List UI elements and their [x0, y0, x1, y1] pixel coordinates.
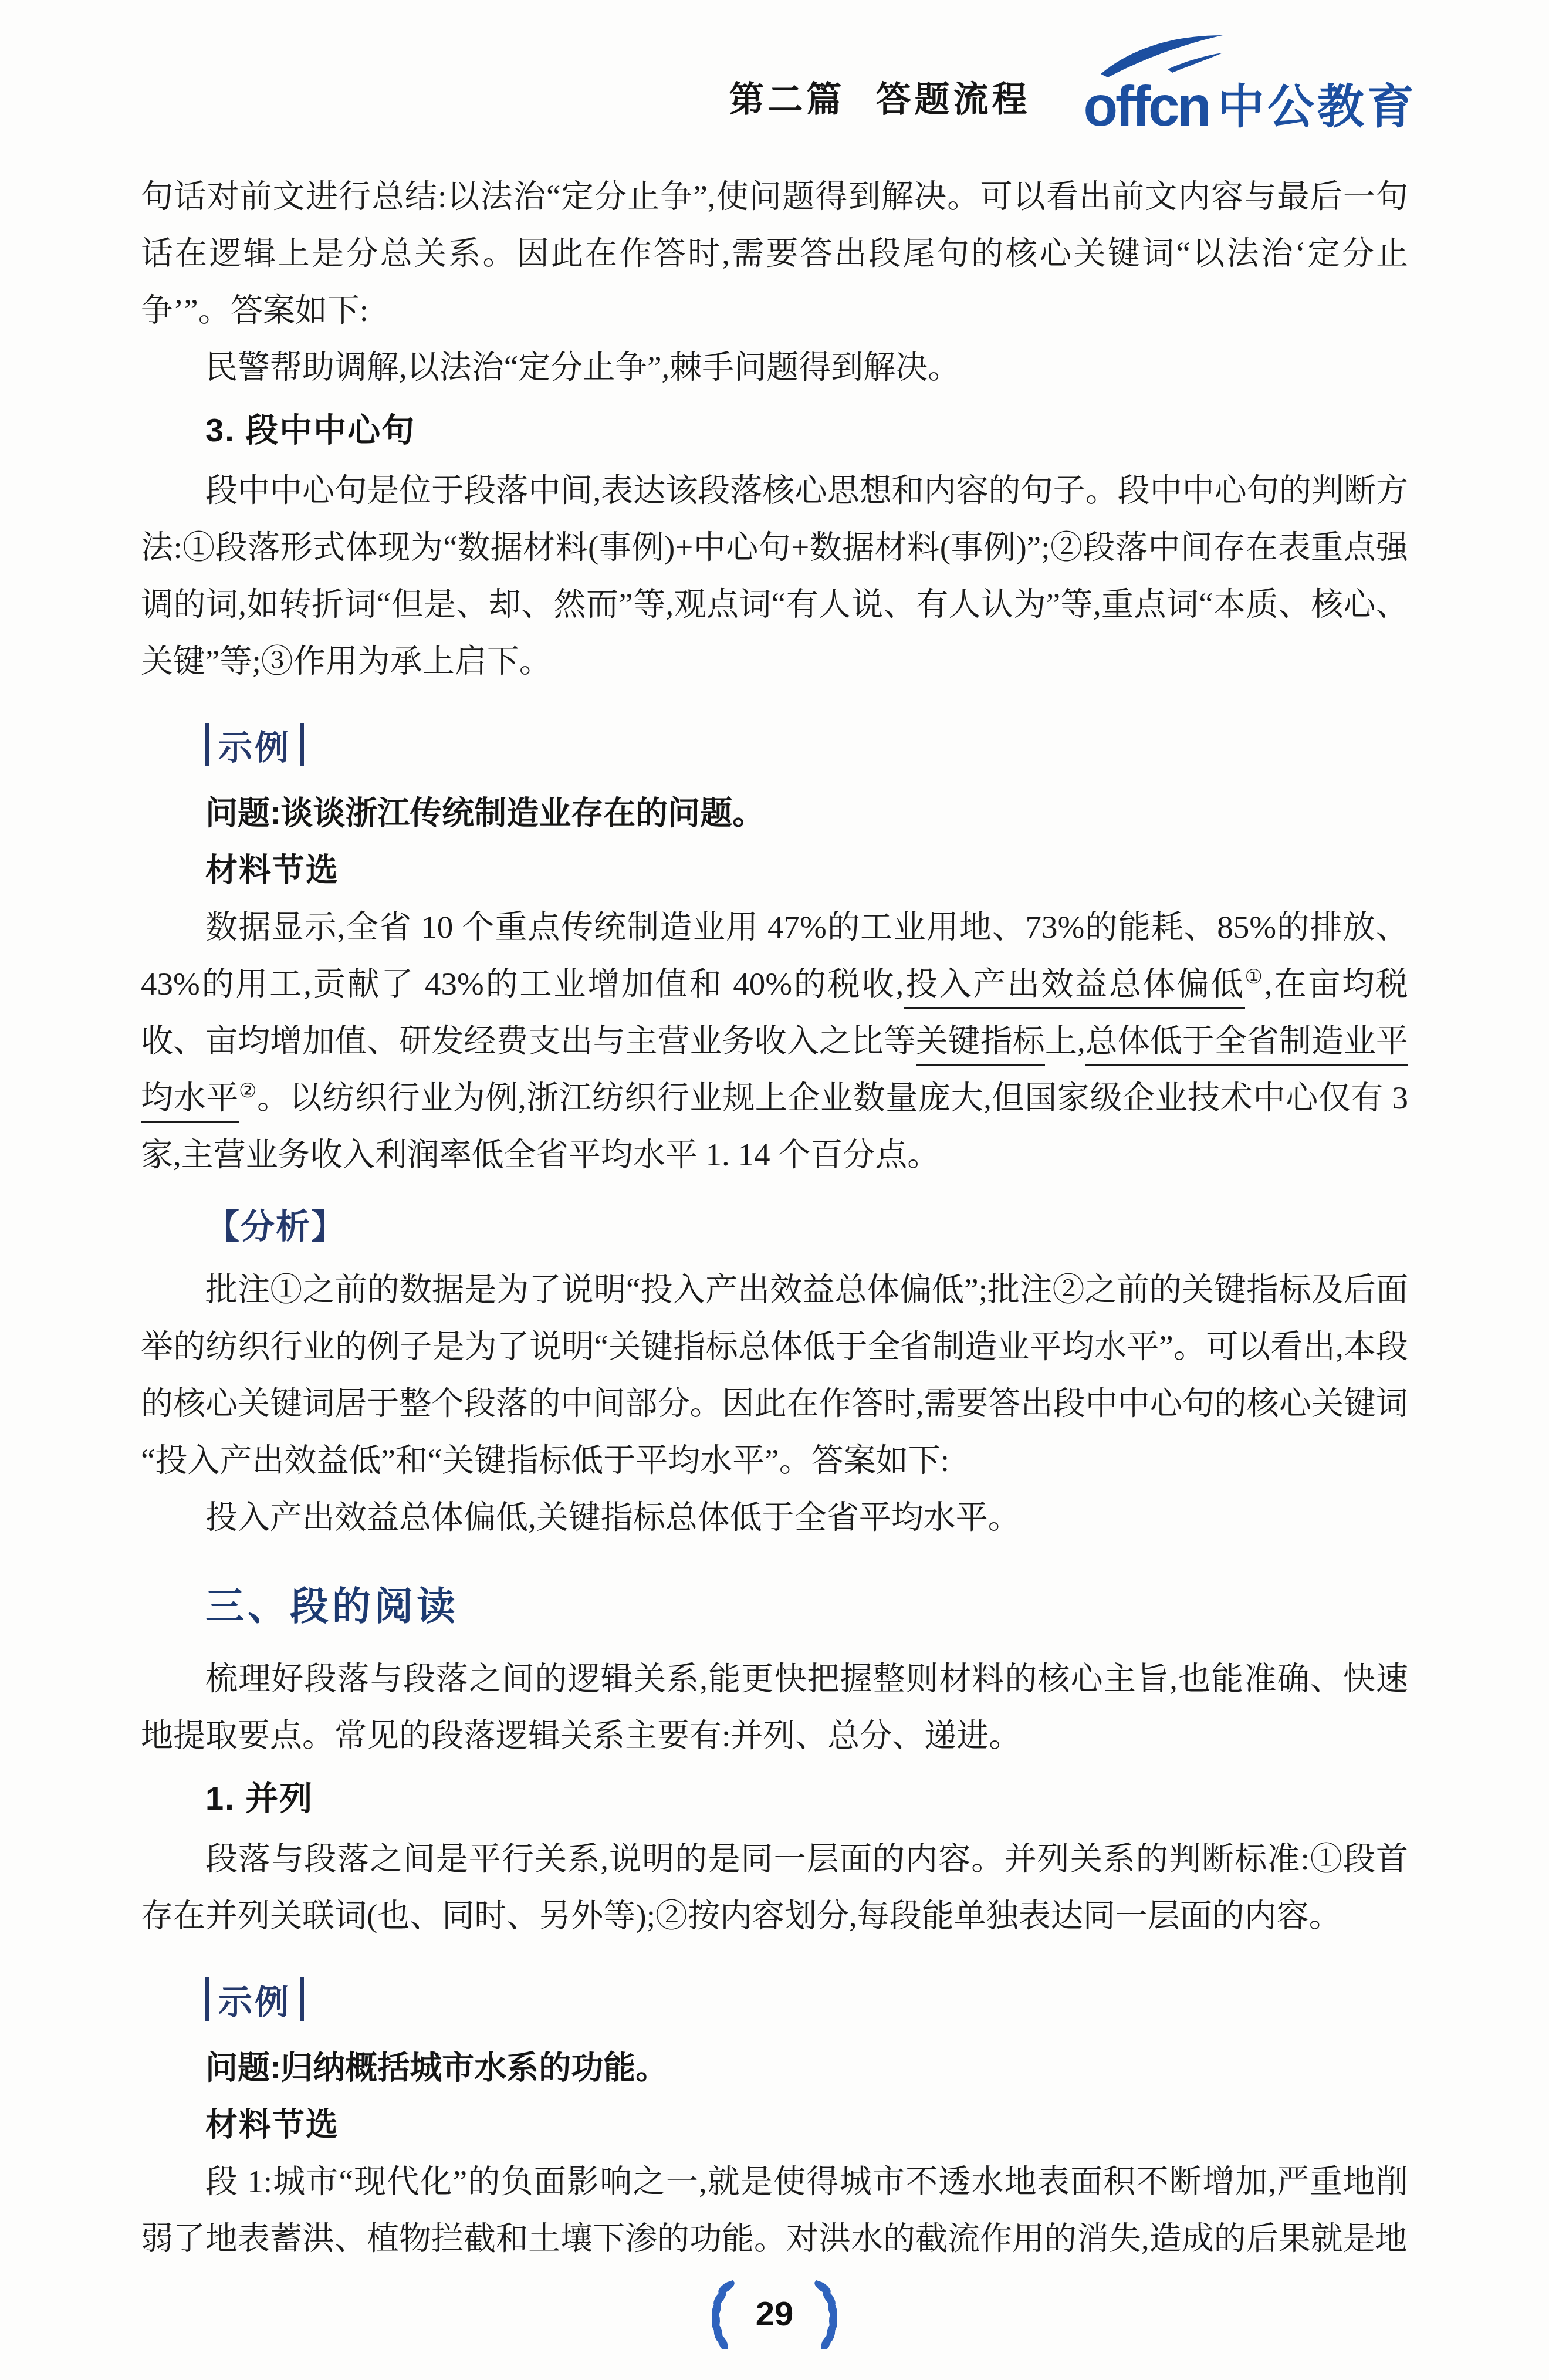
material-text: 上, [1045, 1023, 1085, 1059]
page-footer: 29 [0, 2278, 1549, 2349]
marker-bar-icon [205, 723, 209, 766]
paragraph-reading-intro: 梳理好段落与段落之间的逻辑关系,能更快把握整则材料的核心主旨,也能准确、快速地提… [141, 1650, 1408, 1764]
example1-material-label: 材料节选 [141, 841, 1408, 898]
intro-answer-line: 民警帮助调解,以法治“定分止争”,棘手问题得到解决。 [141, 339, 1408, 395]
analysis-paragraph: 批注①之前的数据是为了说明“投入产出效益总体偏低”;批注②之前的关键指标及后面举… [141, 1261, 1408, 1489]
example-marker-label: 示例 [218, 1975, 291, 2024]
logo-latin-text: offcn [1083, 75, 1209, 138]
mid-center-sentence-paragraph: 段中中心句是位于段落中间,表达该段落核心思想和内容的句子。段中中心句的判断方法:… [141, 462, 1408, 689]
example-marker-2: 示例 [205, 1975, 1408, 2024]
logo-mark: offcn [1083, 59, 1209, 135]
marker-bar-icon [300, 723, 304, 766]
example2-material-label: 材料节选 [141, 2096, 1408, 2153]
annotation-mark-2: ② [239, 1080, 257, 1102]
laurel-right-icon [811, 2278, 848, 2349]
offcn-logo: offcn 中公教育 [1083, 59, 1417, 135]
example1-question: 问题:谈谈浙江传统制造业存在的问题。 [141, 785, 1408, 841]
section-heading-paragraph-reading: 三、段的阅读 [205, 1580, 1408, 1632]
heading-parallel: 1. 并列 [205, 1770, 1408, 1827]
page-body: 句话对前文进行总结:以法治“定分止争”,使问题得到解决。可以看出前文内容与最后一… [0, 135, 1549, 2267]
heading-mid-center-sentence: 3. 段中中心句 [205, 401, 1408, 458]
annotation-mark-1: ① [1245, 966, 1264, 988]
book-page: 第二篇 答题流程 offcn 中公教育 句话对前文进行总结:以法治“定分止争”,… [0, 0, 1549, 2380]
underlined-phrase: 投入产出效益总体偏低 [904, 966, 1244, 1009]
example-marker-label: 示例 [218, 720, 291, 769]
question-text: 谈谈浙江传统制造业存在的问题。 [280, 795, 765, 831]
logo-swoosh-icon [1097, 33, 1232, 80]
page-number: 29 [756, 2294, 794, 2334]
example2-question: 问题:归纳概括城市水系的功能。 [141, 2039, 1408, 2096]
question-text: 归纳概括城市水系的功能。 [280, 2049, 668, 2085]
underlined-phrase: 关键指标 [916, 1023, 1045, 1066]
marker-bar-icon [205, 1977, 209, 2021]
analysis-heading: 【分析】 [141, 1198, 1408, 1255]
page-header: 第二篇 答题流程 offcn 中公教育 [0, 0, 1549, 135]
intro-paragraph: 句话对前文进行总结:以法治“定分止争”,使问题得到解决。可以看出前文内容与最后一… [141, 168, 1408, 339]
example1-material-paragraph: 数据显示,全省 10 个重点传统制造业用 47%的工业用地、73%的能耗、85%… [141, 898, 1408, 1183]
parallel-paragraph: 段落与段落之间是平行关系,说明的是同一层面的内容。并列关系的判断标准:①段首存在… [141, 1830, 1408, 1944]
analysis-answer-line: 投入产出效益总体偏低,关键指标总体低于全省平均水平。 [141, 1489, 1408, 1546]
example-marker-1: 示例 [205, 720, 1408, 769]
part-label: 第二篇 [729, 72, 845, 122]
laurel-left-icon [701, 2278, 738, 2349]
part-title: 答题流程 [875, 72, 1030, 122]
marker-bar-icon [300, 1977, 304, 2021]
question-label: 问题: [205, 795, 280, 831]
logo-cn-text: 中公教育 [1217, 79, 1417, 135]
example2-material-paragraph: 段 1:城市“现代化”的负面影响之一,就是使得城市不透水地表面积不断增加,严重地… [141, 2153, 1408, 2267]
question-label: 问题: [205, 2049, 280, 2085]
material-text: 。以纺织行业为例,浙江纺织行业规上企业数量庞大,但国家级企业技术中心仅有 3 家… [141, 1080, 1408, 1172]
